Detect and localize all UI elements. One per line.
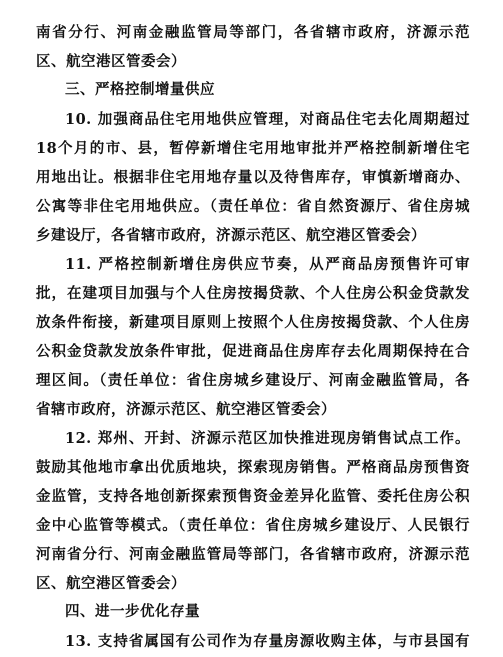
text-line: 批，在建项目加强与个人住房按揭贷款、个人住房公积金贷款发 [36,279,470,308]
paragraph-start-13: 13. 支持省属国有公司作为存量房源收购主体，与市县国有 [36,627,470,656]
paragraph-start-12: 12. 郑州、开封、济源示范区加快推进现房销售试点工作。 [36,424,470,453]
text-line: 用地出让。根据非住宅用地存量以及待售库存，审慎新增商办、 [36,163,470,192]
text-line: 公寓等非住宅用地供应。（责任单位：省自然资源厅、省住房城 [36,192,470,221]
section-heading: 四、进一步优化存量 [36,598,470,627]
text-line: 理区间。（责任单位：省住房城乡建设厅、河南金融监管局，各 [36,366,470,395]
section-heading: 三、严格控制增量供应 [36,76,470,105]
text-line: 省辖市政府，济源示范区、航空港区管委会） [36,395,470,424]
text-line: 区、航空港区管委会） [36,569,470,598]
text-line: 南省分行、河南金融监管局等部门，各省辖市政府，济源示范 [36,18,470,47]
text-line: 金监管，支持各地创新探索预售资金差异化监管、委托住房公积 [36,482,470,511]
text-line: 18个月的市、县，暂停新增住宅用地审批并严格控制新增住宅 [36,134,470,163]
document-page: 南省分行、河南金融监管局等部门，各省辖市政府，济源示范 区、航空港区管委会） 三… [36,18,470,656]
text-line: 放条件衔接，新建项目原则上按照个人住房按揭贷款、个人住房 [36,308,470,337]
text-line: 金中心监管等模式。（责任单位：省住房城乡建设厅、人民银行 [36,511,470,540]
paragraph-start-10: 10. 加强商品住宅用地供应管理，对商品住宅去化周期超过 [36,105,470,134]
text-line: 乡建设厅，各省辖市政府，济源示范区、航空港区管委会） [36,221,470,250]
text-line: 公积金贷款发放条件审批，促进商品住房库存去化周期保持在合 [36,337,470,366]
text-line: 河南省分行、河南金融监管局等部门，各省辖市政府，济源示范 [36,540,470,569]
text-line: 区、航空港区管委会） [36,47,470,76]
paragraph-start-11: 11. 严格控制新增住房供应节奏，从严商品房预售许可审 [36,250,470,279]
text-line: 鼓励其他地市拿出优质地块，探索现房销售。严格商品房预售资 [36,453,470,482]
